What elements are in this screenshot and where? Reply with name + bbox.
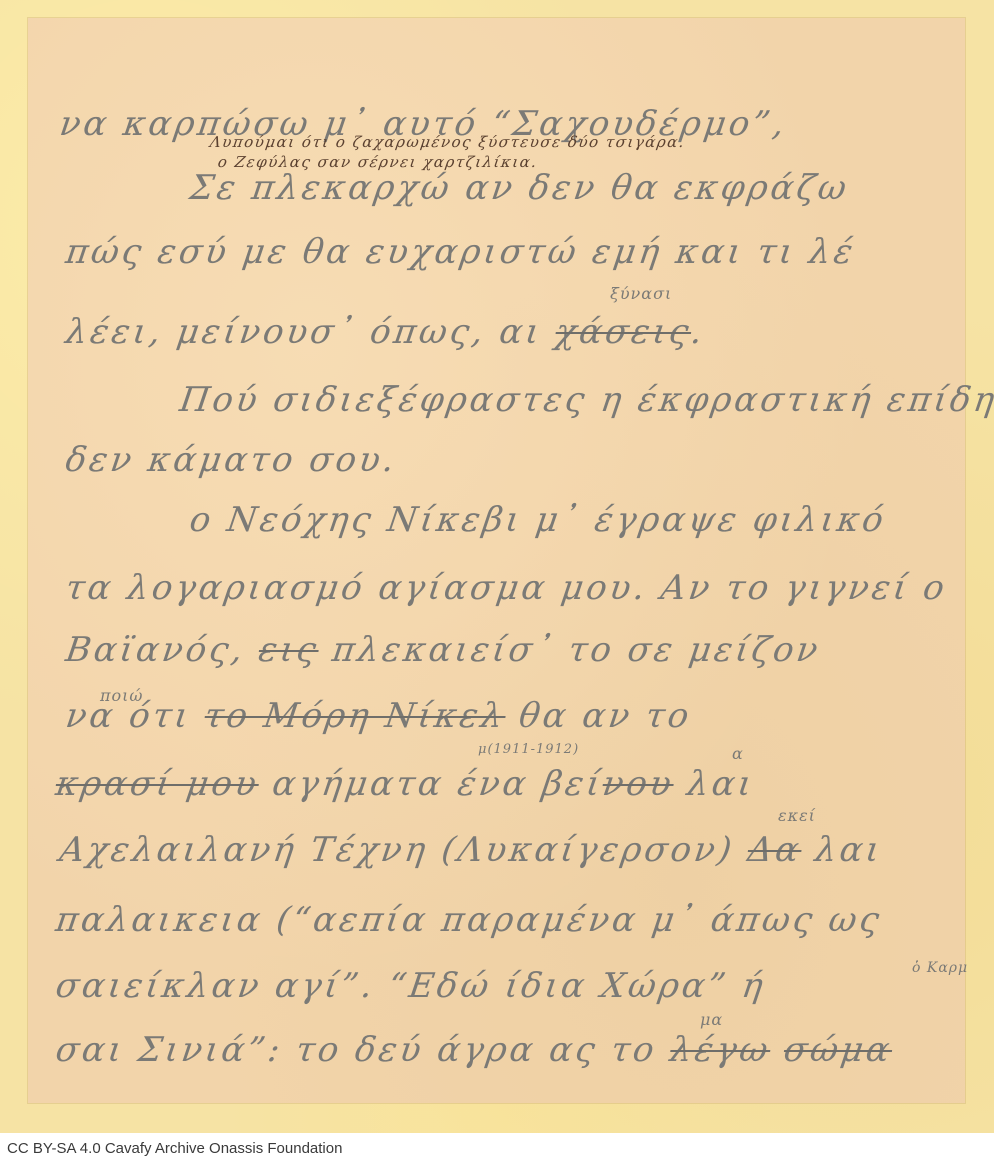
line-12-text: Αχελαιλανή Τέχνη (Λυκαίγερσον) [57, 830, 737, 870]
line-4-struck-word: χάσεις [553, 312, 694, 352]
line-15-insertion: μα [700, 1010, 723, 1029]
line-12-rest: λαι [813, 830, 885, 870]
line-11-rest: ένα βεί [455, 764, 606, 804]
line-11-struck-phrase: κρασί μου [53, 764, 261, 804]
line-9-text: Βαϊανός, [63, 630, 248, 670]
license-caption: CC BY-SA 4.0 Cavafy Archive Onassis Foun… [7, 1140, 342, 1157]
manuscript-line-7: ο Νεόχης Νίκεβι μ᾽ έγραψε φιλικό [187, 500, 889, 540]
line-11-date-insertion: μ(1911-1912) [478, 742, 579, 757]
ink-annotation-line-1: Λυπούμαι ότι ο ζαχαρωμένος ξύστευσε δύο … [209, 133, 687, 151]
line-15-struck-word: λέγω [668, 1030, 773, 1070]
line-15-struck-word-2: σώμα [781, 1030, 895, 1070]
manuscript-line-4: λέει, μείνουσ᾽ όπως, αι χάσεις. [63, 312, 708, 352]
manuscript-line-3: πώς εσύ με θα ευχαριστώ εμή και τι λέ [63, 232, 858, 272]
manuscript-line-8: τα λογαριασμό αγίασμα μου. Αν το γιγνεί … [63, 568, 949, 608]
line-15-text: σαι Σινιά”: το δεύ άγρα ας το [53, 1030, 659, 1070]
line-11-struck-syllable: νου [600, 764, 676, 804]
line-14-margin-note: ὁ Καρμ [912, 960, 968, 976]
line-10-struck-phrase: το Μόρη Νίκελ [202, 696, 508, 736]
line-11-rest-2: λαι [685, 764, 757, 804]
manuscript-line-11: κρασί μου αγήματα ένα βείνου λαι [53, 764, 757, 804]
line-12-struck-word: Δα [745, 830, 804, 870]
line-10-insertion: ποιώ [100, 686, 143, 705]
manuscript-line-5: Πού σιδιεξέφραστες η έκφραστική επίδης [177, 380, 994, 420]
line-9-struck-word: εις [256, 630, 321, 670]
line-11-insertion: α [732, 744, 744, 763]
line-10-rest: θα αν το [517, 696, 695, 736]
line-4-text: λέει, μείνουσ᾽ όπως, αι [63, 312, 545, 352]
manuscript-line-10: να ότι το Μόρη Νίκελ θα αν το [63, 696, 694, 736]
manuscript-line-15: σαι Σινιά”: το δεύ άγρα ας το λέγω σώμα [53, 1030, 895, 1070]
line-12-insertion: εκεί [778, 806, 816, 825]
manuscript-line-12: Αχελαιλανή Τέχνη (Λυκαίγερσον) Δα λαι [57, 830, 885, 870]
line-11-text: αγήματα [270, 764, 447, 804]
manuscript-line-9: Βαϊανός, εις πλεκαιείσ᾽ το σε μείζον [63, 630, 823, 670]
manuscript-line-6: δεν κάματο σου. [63, 440, 399, 480]
line-9-rest: πλεκαιείσ᾽ το σε μείζον [330, 630, 824, 670]
manuscript-line-2: Σε πλεκαρχώ αν δεν θα εκφράζω [187, 168, 852, 208]
manuscript-line-13: παλαικεια (“αεπία παραμένα μ᾽ άπως ως [53, 900, 884, 940]
manuscript-line-14: σαιείκλαν αγί”. “Εδώ ίδια Χώρα” ή [53, 966, 768, 1006]
line-4-insertion: ξύνασι [610, 284, 672, 303]
